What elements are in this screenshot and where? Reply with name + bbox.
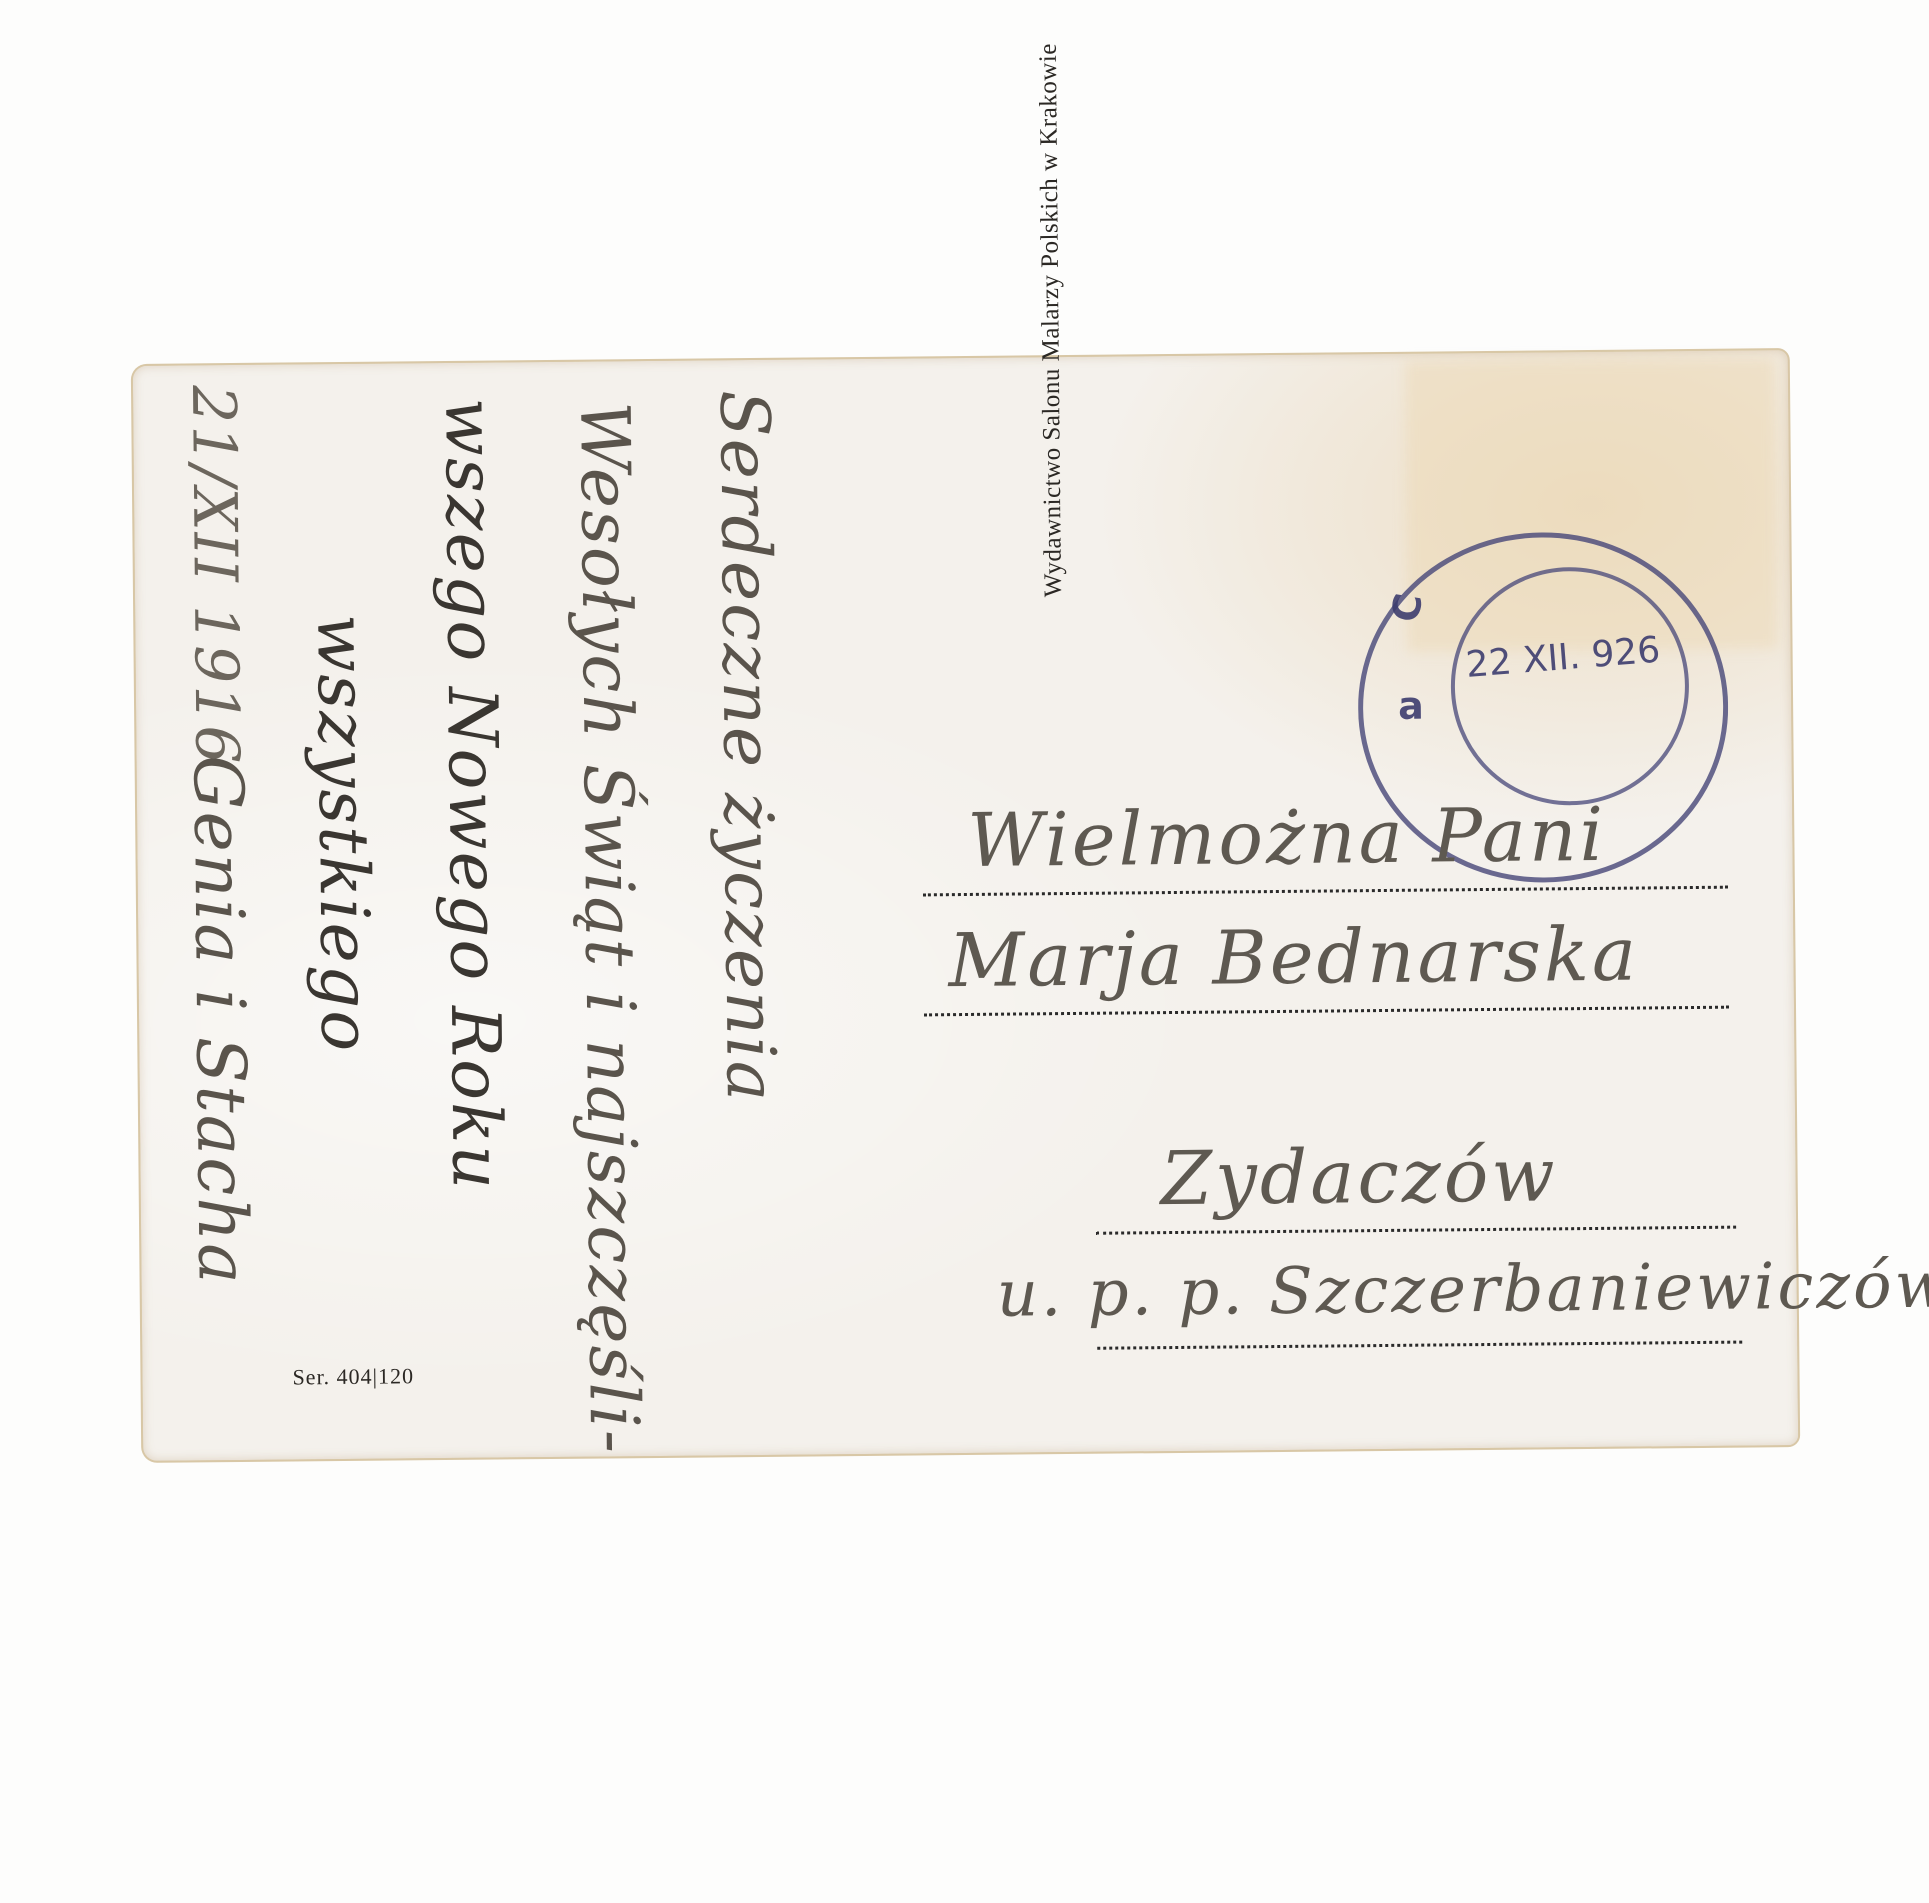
address-line-1: Wielmożna Pani: [967, 792, 1607, 884]
message-line-2: Wesołych Świąt i najszczęśli-: [564, 401, 653, 1455]
address-dotted-line-4: [1097, 1341, 1742, 1350]
address-line-4: u. p. p. Szczerbaniewiczów: [996, 1249, 1929, 1332]
address-dotted-line-1: [923, 886, 1728, 897]
address-line-3: Zydaczów: [1160, 1132, 1558, 1222]
message-signature: Genia i Stacha: [178, 755, 262, 1286]
postmark-letter-bottom: a: [1398, 684, 1424, 728]
message-line-1: Serdeczne życzenia: [704, 390, 790, 1104]
publisher-imprint: Wydawnictwo Salonu Malarzy Polskich w Kr…: [1035, 43, 1068, 597]
address-line-2: Marja Bednarska: [948, 912, 1639, 1005]
message-line-3: wszego Nowego Roku: [429, 397, 516, 1191]
address-dotted-line-3: [1096, 1226, 1736, 1235]
address-dotted-line-2: [924, 1006, 1729, 1017]
series-number: Ser. 404|120: [292, 1363, 414, 1390]
message-date: 21/XII 1916: [178, 385, 252, 766]
message-line-4: wszystkiego: [301, 614, 384, 1054]
postcard: Serdeczne życzenia Wesołych Świąt i najs…: [133, 350, 1798, 1461]
postmark-inner-ring: [1450, 566, 1690, 806]
